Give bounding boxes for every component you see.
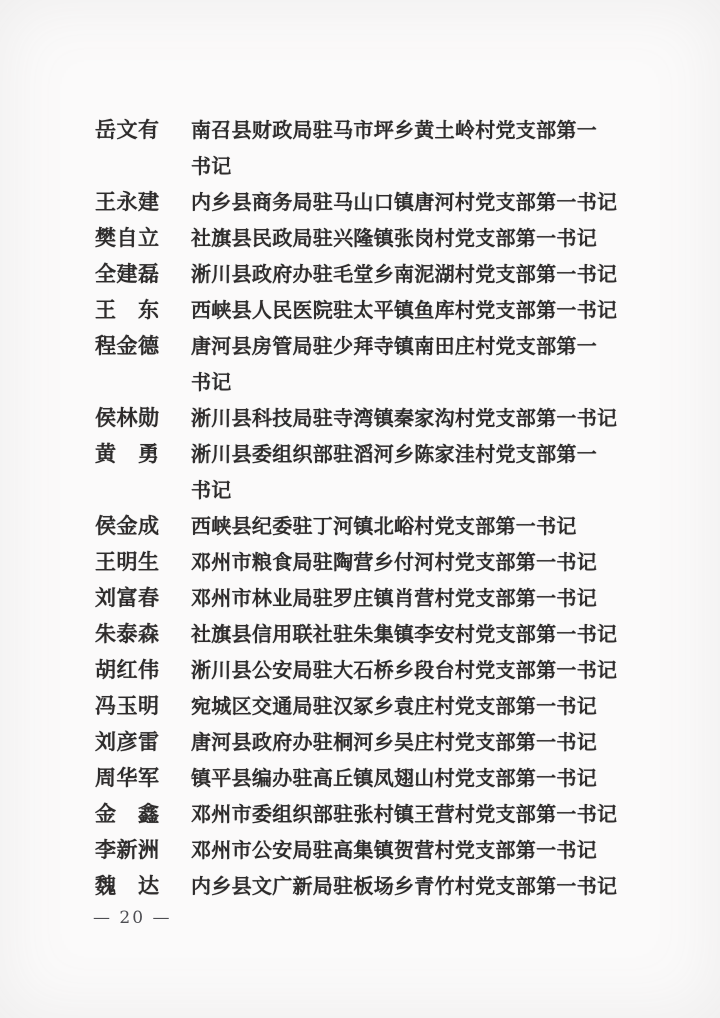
position-text-line: 唐河县政府办驻桐河乡吴庄村党支部第一书记	[191, 724, 655, 760]
position-text-line: 镇平县编办驻高丘镇凤翅山村党支部第一书记	[191, 760, 655, 796]
roster-row: 程金德 唐河县房管局驻少拜寺镇南田庄村党支部第一书记	[95, 328, 655, 400]
person-position: 邓州市委组织部驻张村镇王营村党支部第一书记	[191, 796, 655, 832]
person-position: 南召县财政局驻马市坪乡黄土岭村党支部第一书记	[191, 112, 655, 184]
person-name: 樊自立	[95, 220, 191, 256]
roster-list: 岳文有 南召县财政局驻马市坪乡黄土岭村党支部第一书记 王永建 内乡县商务局驻马山…	[95, 112, 655, 904]
position-text-line: 淅川县科技局驻寺湾镇秦家沟村党支部第一书记	[191, 400, 655, 436]
person-name: 黄 勇	[95, 436, 191, 472]
person-name: 金 鑫	[95, 796, 191, 832]
position-text-line: 书记	[191, 472, 655, 508]
person-name: 李新洲	[95, 832, 191, 868]
person-name: 程金德	[95, 328, 191, 364]
person-position: 宛城区交通局驻汉冢乡袁庄村党支部第一书记	[191, 688, 655, 724]
person-name: 侯金成	[95, 508, 191, 544]
roster-row: 樊自立 社旗县民政局驻兴隆镇张岗村党支部第一书记	[95, 220, 655, 256]
roster-row: 刘富春 邓州市林业局驻罗庄镇肖营村党支部第一书记	[95, 580, 655, 616]
person-position: 邓州市林业局驻罗庄镇肖营村党支部第一书记	[191, 580, 655, 616]
position-text-line: 西峡县纪委驻丁河镇北峪村党支部第一书记	[191, 508, 655, 544]
person-position: 邓州市公安局驻高集镇贺营村党支部第一书记	[191, 832, 655, 868]
roster-row: 全建磊 淅川县政府办驻毛堂乡南泥湖村党支部第一书记	[95, 256, 655, 292]
person-position: 西峡县人民医院驻太平镇鱼库村党支部第一书记	[191, 292, 655, 328]
person-position: 淅川县政府办驻毛堂乡南泥湖村党支部第一书记	[191, 256, 655, 292]
roster-row: 王 东 西峡县人民医院驻太平镇鱼库村党支部第一书记	[95, 292, 655, 328]
roster-row: 王明生 邓州市粮食局驻陶营乡付河村党支部第一书记	[95, 544, 655, 580]
position-text-line: 邓州市委组织部驻张村镇王营村党支部第一书记	[191, 796, 655, 832]
person-name: 朱泰森	[95, 616, 191, 652]
person-position: 唐河县房管局驻少拜寺镇南田庄村党支部第一书记	[191, 328, 655, 400]
person-name: 王永建	[95, 184, 191, 220]
person-name: 王明生	[95, 544, 191, 580]
position-text-line: 淅川县政府办驻毛堂乡南泥湖村党支部第一书记	[191, 256, 655, 292]
position-text-line: 书记	[191, 364, 655, 400]
roster-row: 王永建 内乡县商务局驻马山口镇唐河村党支部第一书记	[95, 184, 655, 220]
person-position: 淅川县科技局驻寺湾镇秦家沟村党支部第一书记	[191, 400, 655, 436]
roster-row: 冯玉明 宛城区交通局驻汉冢乡袁庄村党支部第一书记	[95, 688, 655, 724]
person-position: 淅川县公安局驻大石桥乡段台村党支部第一书记	[191, 652, 655, 688]
person-name: 刘彦雷	[95, 724, 191, 760]
person-position: 淅川县委组织部驻滔河乡陈家洼村党支部第一书记	[191, 436, 655, 508]
person-position: 内乡县文广新局驻板场乡青竹村党支部第一书记	[191, 868, 655, 904]
position-text-line: 淅川县公安局驻大石桥乡段台村党支部第一书记	[191, 652, 655, 688]
person-position: 唐河县政府办驻桐河乡吴庄村党支部第一书记	[191, 724, 655, 760]
roster-row: 刘彦雷 唐河县政府办驻桐河乡吴庄村党支部第一书记	[95, 724, 655, 760]
person-name: 胡红伟	[95, 652, 191, 688]
person-position: 西峡县纪委驻丁河镇北峪村党支部第一书记	[191, 508, 655, 544]
position-text-line: 内乡县商务局驻马山口镇唐河村党支部第一书记	[191, 184, 655, 220]
person-position: 邓州市粮食局驻陶营乡付河村党支部第一书记	[191, 544, 655, 580]
person-name: 岳文有	[95, 112, 191, 148]
position-text-line: 书记	[191, 148, 655, 184]
document-page: 岳文有 南召县财政局驻马市坪乡黄土岭村党支部第一书记 王永建 内乡县商务局驻马山…	[0, 0, 720, 1018]
roster-row: 李新洲 邓州市公安局驻高集镇贺营村党支部第一书记	[95, 832, 655, 868]
position-text-line: 邓州市林业局驻罗庄镇肖营村党支部第一书记	[191, 580, 655, 616]
person-position: 内乡县商务局驻马山口镇唐河村党支部第一书记	[191, 184, 655, 220]
person-name: 王 东	[95, 292, 191, 328]
roster-row: 周华军 镇平县编办驻高丘镇凤翅山村党支部第一书记	[95, 760, 655, 796]
position-text-line: 内乡县文广新局驻板场乡青竹村党支部第一书记	[191, 868, 655, 904]
roster-row: 黄 勇 淅川县委组织部驻滔河乡陈家洼村党支部第一书记	[95, 436, 655, 508]
position-text-line: 唐河县房管局驻少拜寺镇南田庄村党支部第一	[191, 328, 655, 364]
roster-row: 侯金成 西峡县纪委驻丁河镇北峪村党支部第一书记	[95, 508, 655, 544]
roster-row: 侯林勋 淅川县科技局驻寺湾镇秦家沟村党支部第一书记	[95, 400, 655, 436]
page-number: — 20 —	[93, 908, 171, 928]
person-name: 魏 达	[95, 868, 191, 904]
person-position: 社旗县信用联社驻朱集镇李安村党支部第一书记	[191, 616, 655, 652]
person-position: 镇平县编办驻高丘镇凤翅山村党支部第一书记	[191, 760, 655, 796]
position-text-line: 宛城区交通局驻汉冢乡袁庄村党支部第一书记	[191, 688, 655, 724]
position-text-line: 邓州市粮食局驻陶营乡付河村党支部第一书记	[191, 544, 655, 580]
person-name: 周华军	[95, 760, 191, 796]
person-name: 刘富春	[95, 580, 191, 616]
position-text-line: 淅川县委组织部驻滔河乡陈家洼村党支部第一	[191, 436, 655, 472]
person-name: 全建磊	[95, 256, 191, 292]
roster-row: 金 鑫 邓州市委组织部驻张村镇王营村党支部第一书记	[95, 796, 655, 832]
roster-row: 岳文有 南召县财政局驻马市坪乡黄土岭村党支部第一书记	[95, 112, 655, 184]
person-name: 侯林勋	[95, 400, 191, 436]
position-text-line: 邓州市公安局驻高集镇贺营村党支部第一书记	[191, 832, 655, 868]
position-text-line: 南召县财政局驻马市坪乡黄土岭村党支部第一	[191, 112, 655, 148]
roster-row: 朱泰森 社旗县信用联社驻朱集镇李安村党支部第一书记	[95, 616, 655, 652]
position-text-line: 西峡县人民医院驻太平镇鱼库村党支部第一书记	[191, 292, 655, 328]
person-name: 冯玉明	[95, 688, 191, 724]
roster-row: 魏 达 内乡县文广新局驻板场乡青竹村党支部第一书记	[95, 868, 655, 904]
position-text-line: 社旗县信用联社驻朱集镇李安村党支部第一书记	[191, 616, 655, 652]
position-text-line: 社旗县民政局驻兴隆镇张岗村党支部第一书记	[191, 220, 655, 256]
roster-row: 胡红伟 淅川县公安局驻大石桥乡段台村党支部第一书记	[95, 652, 655, 688]
person-position: 社旗县民政局驻兴隆镇张岗村党支部第一书记	[191, 220, 655, 256]
